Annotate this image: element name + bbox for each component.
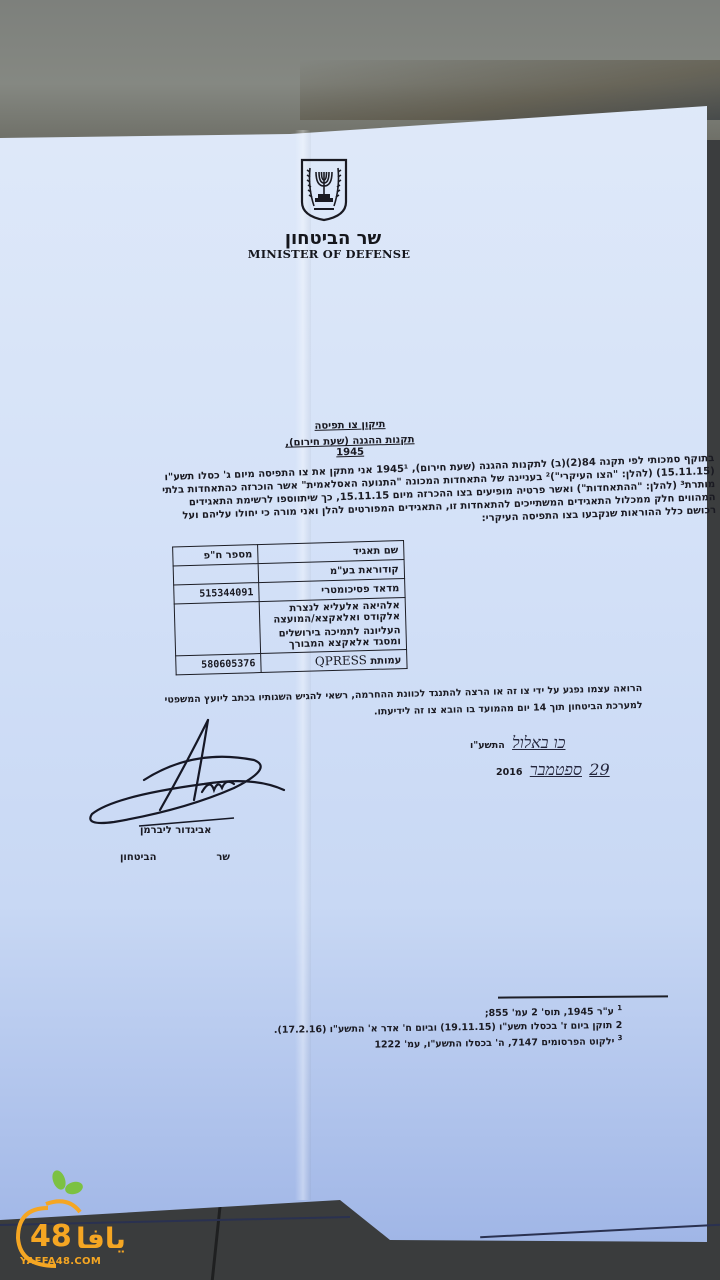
registration-number: 515344091 [174, 583, 259, 604]
yaffa48-logo-icon: 48 يافا [8, 1168, 128, 1268]
watermark-domain: YAFFA48.COM [20, 1256, 101, 1267]
document-heading: תיקון צו תפיסה [290, 418, 410, 432]
corporation-name-line1: אלהיאה אלעליא לנצרת אלקודס ואלאקצא/המועצ… [273, 600, 400, 626]
svg-text:48: 48 [30, 1219, 72, 1254]
handwritten-month: ספטמבר [530, 760, 582, 779]
document-subheading: תקנות ההגנה (שעת חירום), 1945 [270, 434, 431, 460]
order-body-text: בתוקף סמכותי לפי תקנה 84(2)(ב) לתקנות הה… [6, 452, 716, 542]
svg-text:يافا: يافا [76, 1222, 126, 1255]
hebrew-date: כו באלול התשע"ו [470, 733, 565, 753]
header-registration-number: מספר ח"פ [173, 545, 258, 566]
document: שר הביטחון MINISTER OF DEFENSE תיקון צו … [0, 0, 720, 1280]
handwritten-signature [84, 718, 294, 838]
corporations-table: שם תאגיד מספר ח"פ קודוראת בע"מ מדאד פסיכ… [172, 540, 408, 675]
registration-number [174, 602, 260, 656]
signer-name: אביגדור ליברמן [140, 825, 211, 836]
state-emblem-menorah-icon [298, 158, 350, 222]
hebrew-year: התשע"ו [470, 740, 505, 751]
corporation-name-english: QPRESS [315, 653, 367, 668]
footnote-separator [498, 995, 668, 998]
handwritten-hebrew-date: כו באלול [512, 733, 565, 752]
registration-number [173, 564, 258, 585]
footnotes: 1 ע"ר 1945, תוס' 2 עמ' 855; 2 תוקן ביום … [262, 1002, 623, 1054]
signer-title: שר הביטחון [120, 852, 230, 863]
corporation-name: עמותת QPRESS [261, 649, 407, 672]
corporation-name-line2: העליונה לתמיכה בירושלים ומסגד אלאקצא המב… [265, 625, 401, 651]
gregorian-year: 2016 [496, 767, 522, 778]
table-row: אלהיאה אלעליא לנצרת אלקודס ואלאקצא/המועצ… [174, 597, 406, 655]
corporation-name: אלהיאה אלעליא לנצרת אלקודס ואלאקצא/המועצ… [259, 597, 406, 653]
letterhead-title-english: MINISTER OF DEFENSE [244, 247, 414, 261]
handwritten-day: 29 [589, 760, 609, 779]
letterhead-title-hebrew: שר הביטחון [258, 228, 408, 249]
registration-number: 580605376 [176, 654, 261, 675]
gregorian-date: 29 ספטמבר 2016 [496, 760, 610, 780]
yaffa48-watermark-logo: 48 يافا YAFFA48.COM [8, 1168, 128, 1278]
page-border-line [480, 1224, 720, 1238]
